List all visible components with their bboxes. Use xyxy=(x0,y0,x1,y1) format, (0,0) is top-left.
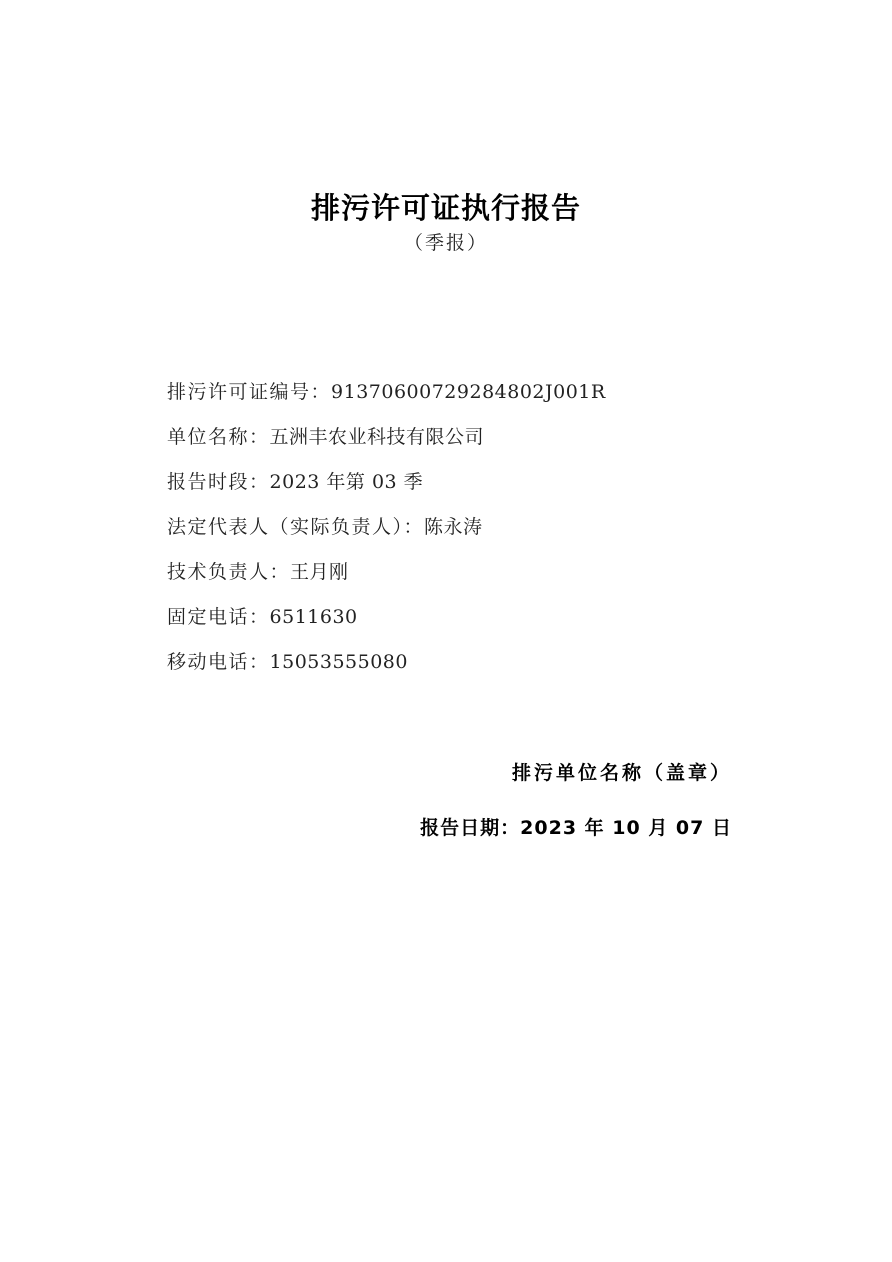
field-landline: 固定电话：6511630 xyxy=(167,602,606,647)
report-subtitle: （季报） xyxy=(0,228,892,255)
info-block: 排污许可证编号：91370600729284802J001R 单位名称：五洲丰农… xyxy=(167,377,606,692)
field-label: 法定代表人（实际负责人）： xyxy=(167,516,424,538)
report-date: 报告日期：2023 年 10 月 07 日 xyxy=(420,813,732,840)
field-label: 排污许可证编号： xyxy=(167,381,331,403)
field-value: 6511630 xyxy=(270,606,358,628)
field-label: 固定电话： xyxy=(167,606,270,628)
field-value: 五洲丰农业科技有限公司 xyxy=(270,426,485,448)
field-company-name: 单位名称：五洲丰农业科技有限公司 xyxy=(167,422,606,467)
field-report-period: 报告时段：2023 年第 03 季 xyxy=(167,467,606,512)
stamp-label: 排污单位名称（盖章） xyxy=(512,758,732,785)
field-label: 移动电话： xyxy=(167,651,270,673)
field-value: 王月刚 xyxy=(290,561,349,583)
field-label: 技术负责人： xyxy=(167,561,290,583)
field-mobile: 移动电话：15053555080 xyxy=(167,647,606,692)
field-legal-representative: 法定代表人（实际负责人）：陈永涛 xyxy=(167,512,606,557)
field-permit-number: 排污许可证编号：91370600729284802J001R xyxy=(167,377,606,422)
field-value: 91370600729284802J001R xyxy=(331,381,606,403)
field-label: 报告时段： xyxy=(167,471,270,493)
field-label: 单位名称： xyxy=(167,426,270,448)
field-value: 2023 年第 03 季 xyxy=(270,471,424,493)
field-value: 陈永涛 xyxy=(424,516,483,538)
field-value: 15053555080 xyxy=(270,651,408,673)
report-title: 排污许可证执行报告 xyxy=(0,186,892,227)
field-technical-lead: 技术负责人：王月刚 xyxy=(167,557,606,602)
